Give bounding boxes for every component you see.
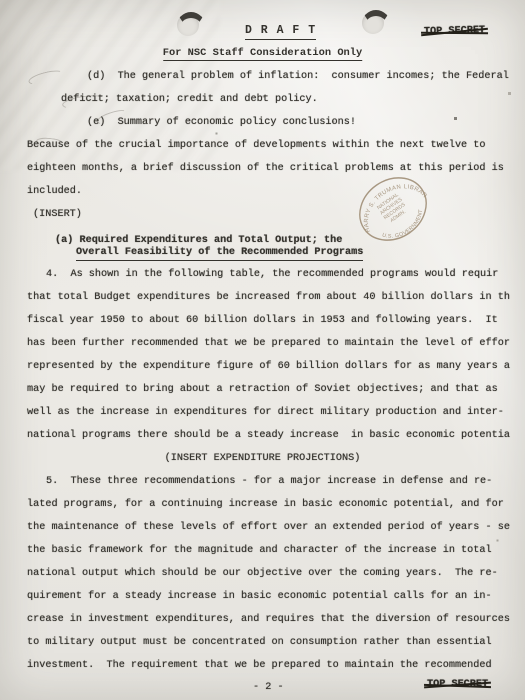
- page-subtitle: For NSC Staff Consideration Only: [163, 47, 363, 61]
- classification-stamp-top: TOP SECRET: [424, 25, 485, 38]
- text-line: crease in investment expenditures, and r…: [0, 613, 525, 636]
- hole-punch-right: [362, 12, 384, 34]
- text-line: eighteen months, a brief discussion of t…: [0, 162, 525, 185]
- text-line: (INSERT): [0, 208, 525, 234]
- text-line: national programs there should be a stea…: [0, 429, 525, 452]
- heading-underlined-text: Overall Feasibility of the Recommended P…: [76, 246, 363, 261]
- text-line: to military output must be concentrated …: [0, 636, 525, 659]
- text-line: quirement for a steady increase in basic…: [0, 590, 525, 613]
- text-line: well as the increase in expenditures for…: [0, 406, 525, 429]
- text-line: deficit; taxation; credit and debt polic…: [0, 93, 525, 116]
- text-line: has been further recommended that we be …: [0, 337, 525, 360]
- classification-stamp-bottom: TOP SECRET: [427, 679, 488, 690]
- text-line: that total Budget expenditures be increa…: [0, 291, 525, 314]
- text-line: (d) The general problem of inflation: co…: [0, 70, 525, 93]
- text-line: (INSERT EXPENDITURE PROJECTIONS): [0, 452, 525, 475]
- text-line: the basic framework for the magnitude an…: [0, 544, 525, 567]
- hole-punch-left: [177, 14, 199, 36]
- text-line: (e) Summary of economic policy conclusio…: [0, 116, 525, 139]
- text-line: lated programs, for a continuing increas…: [0, 498, 525, 521]
- heading-prefix: (a): [55, 235, 79, 246]
- text-line: may be required to bring about a retract…: [0, 383, 525, 406]
- document-page: D R A F T TOP SECRET For NSC Staff Consi…: [0, 0, 525, 700]
- text-line: the maintenance of these levels of effor…: [0, 521, 525, 544]
- text-line: 5. These three recommendations - for a m…: [0, 475, 525, 498]
- document-body: (d) The general problem of inflation: co…: [0, 70, 525, 682]
- page-title: D R A F T: [245, 24, 316, 40]
- text-line: Because of the crucial importance of dev…: [0, 139, 525, 162]
- paper-specks: [0, 0, 1, 1]
- heading-underlined-text: Required Expenditures and Total Output; …: [79, 234, 342, 246]
- text-line: included.: [0, 185, 525, 208]
- text-line: Overall Feasibility of the Recommended P…: [0, 246, 525, 268]
- text-line: 4. As shown in the following table, the …: [0, 268, 525, 291]
- text-line: represented by the expenditure figure of…: [0, 360, 525, 383]
- text-line: fiscal year 1950 to about 60 billion dol…: [0, 314, 525, 337]
- text-line: national output which should be our obje…: [0, 567, 525, 590]
- page-number: - 2 -: [253, 682, 284, 693]
- text-line: (a) Required Expenditures and Total Outp…: [0, 234, 525, 246]
